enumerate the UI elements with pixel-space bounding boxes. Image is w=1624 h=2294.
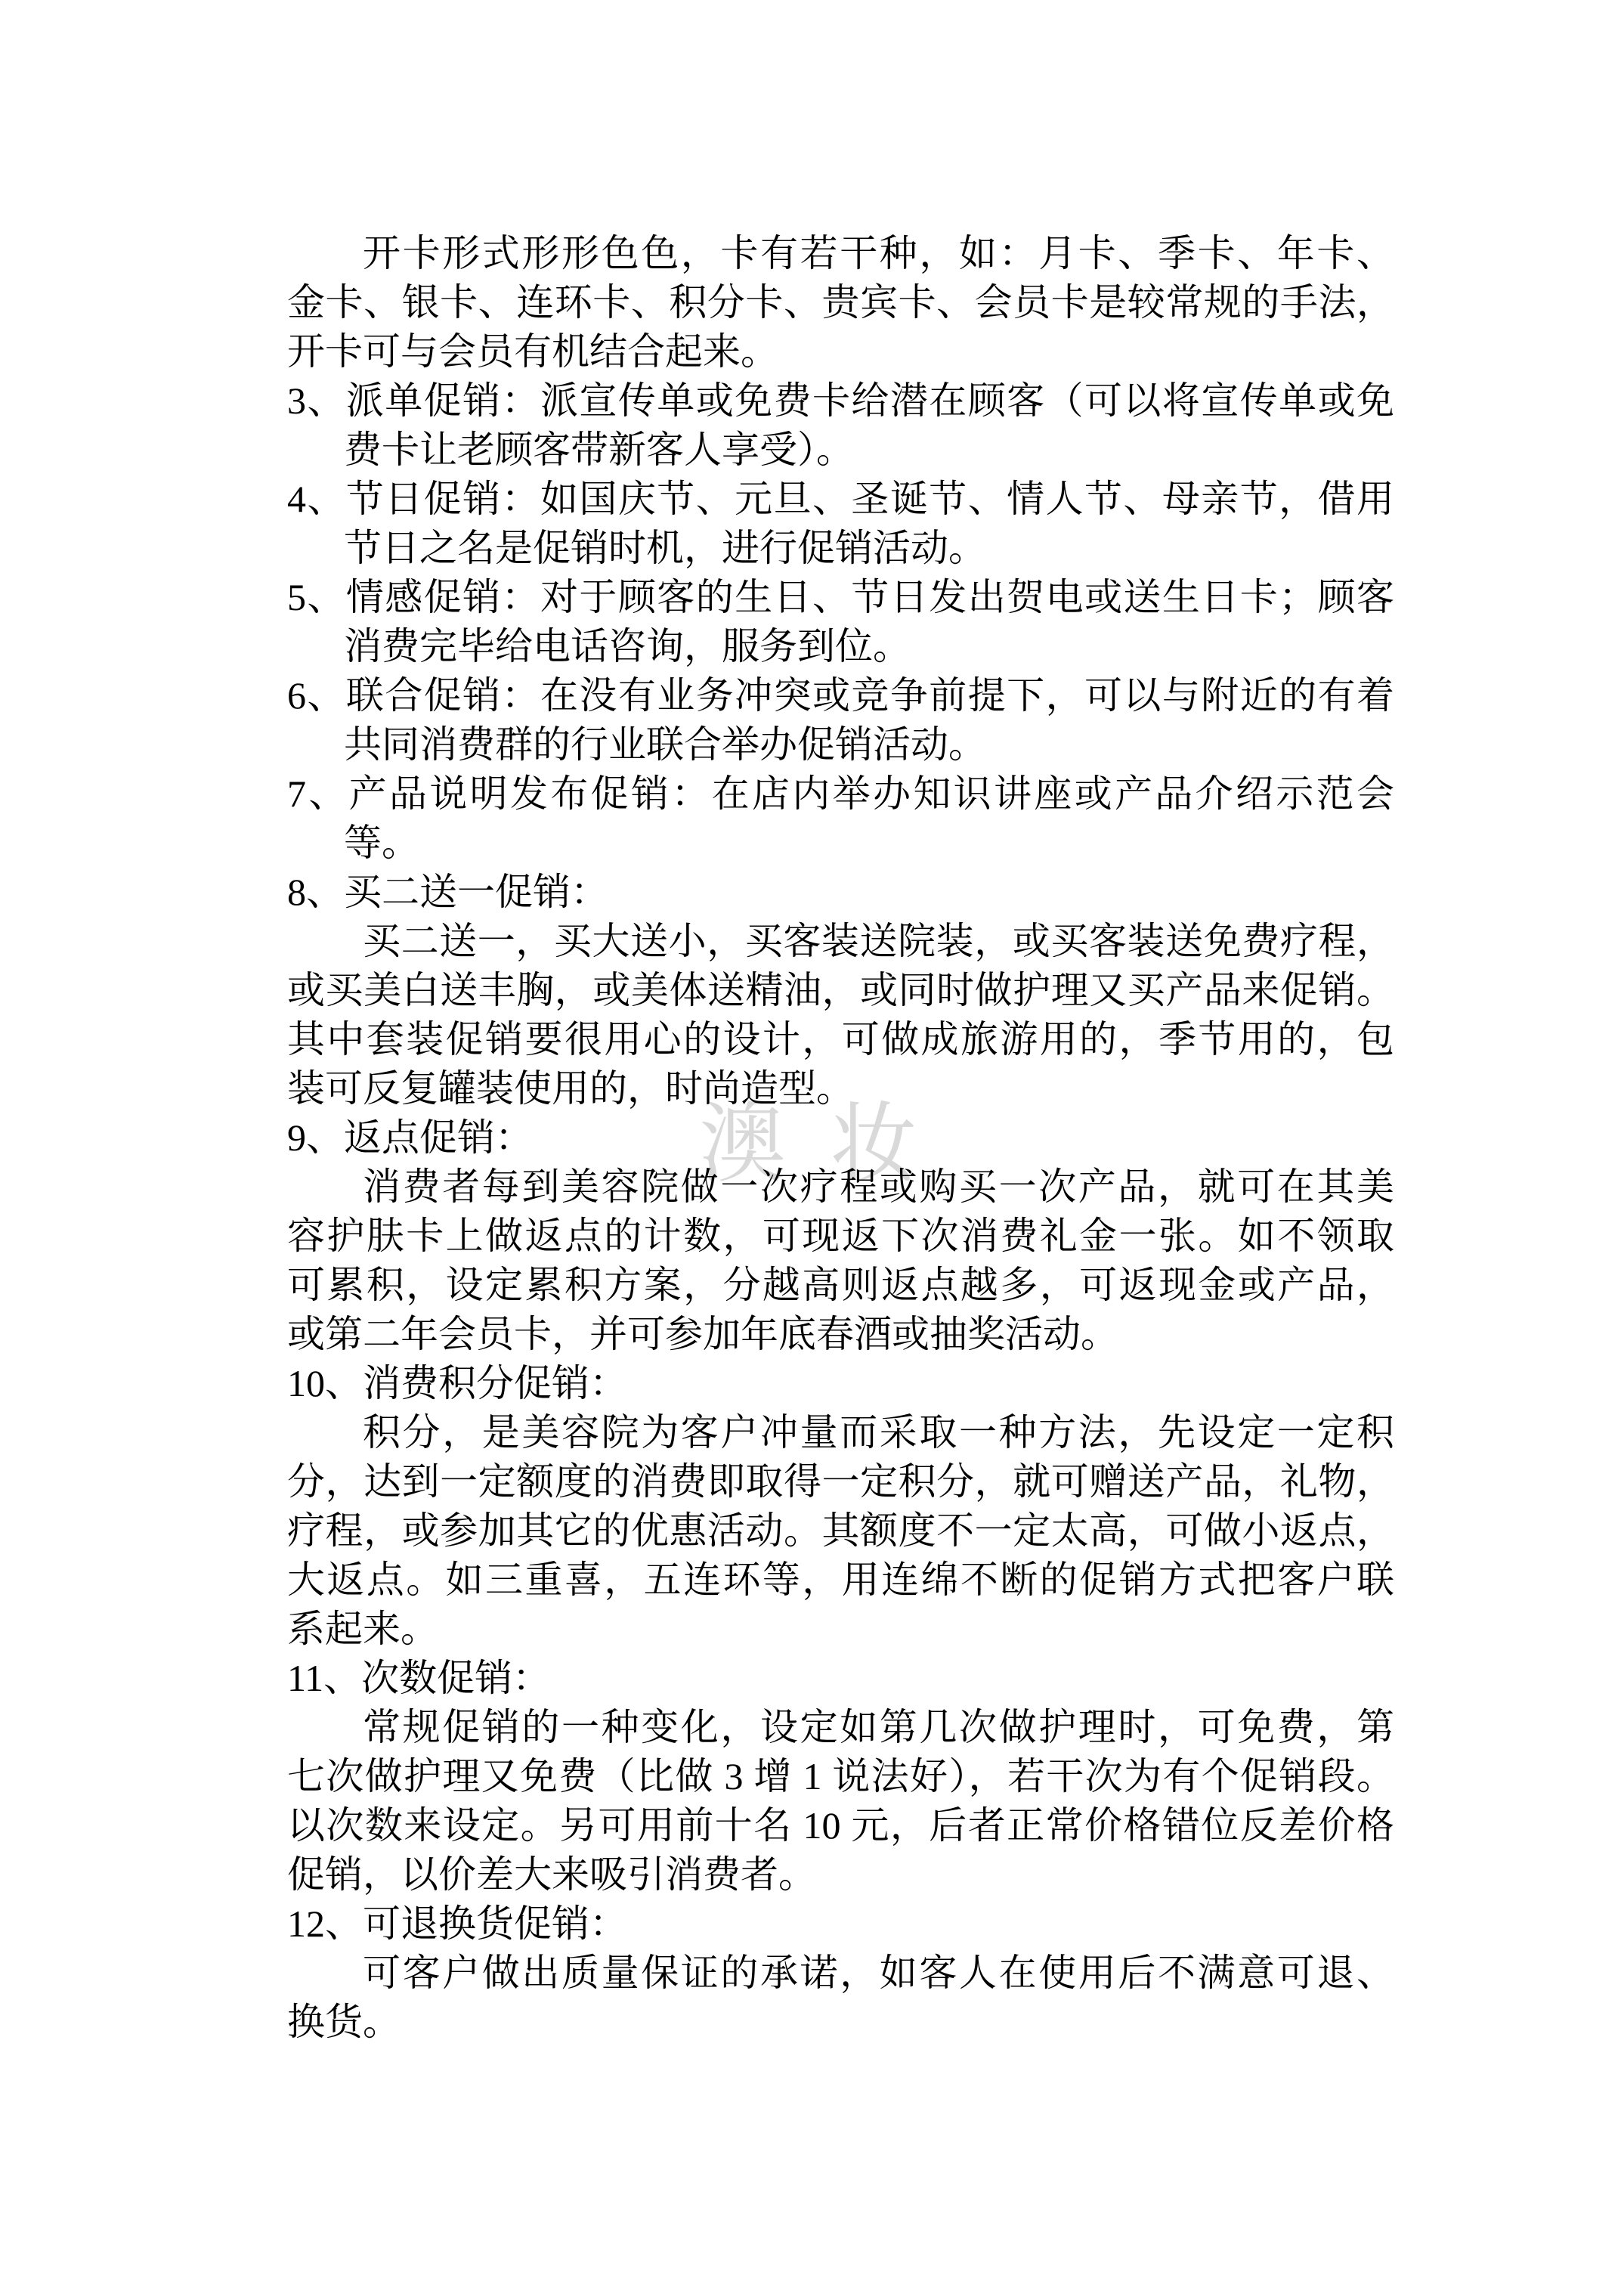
text-line: 9、返点促销： <box>287 1113 1394 1162</box>
text-line: 节日之名是促销时机，进行促销活动。 <box>344 524 1394 573</box>
text-line: 费卡让老顾客带新客人享受）。 <box>344 426 1394 475</box>
text-line: 金卡、银卡、连环卡、积分卡、贵宾卡、会员卡是较常规的手法， <box>287 278 1394 327</box>
text-line: 买二送一，买大送小，买客装送院装，或买客装送免费疗程， <box>363 917 1394 966</box>
text-line: 3、派单促销：派宣传单或免费卡给潜在顾客（可以将宣传单或免 <box>287 376 1394 426</box>
text-line: 或买美白送丰胸，或美体送精油，或同时做护理又买产品来促销。 <box>287 966 1394 1015</box>
text-line: 可客户做出质量保证的承诺，如客人在使用后不满意可退、 <box>363 1949 1394 1998</box>
text-line: 4、节日促销：如国庆节、元旦、圣诞节、情人节、母亲节，借用 <box>287 475 1394 524</box>
text-line: 8、买二送一促销： <box>287 868 1394 917</box>
text-line: 11、次数促销： <box>287 1654 1394 1703</box>
text-line: 七次做护理又免费（比做 3 增 1 说法好），若干次为有个促销段。 <box>287 1752 1394 1801</box>
text-line: 系起来。 <box>287 1605 1394 1654</box>
text-line: 或第二年会员卡，并可参加年底春酒或抽奖活动。 <box>287 1310 1394 1359</box>
text-line: 12、可退换货促销： <box>287 1899 1394 1949</box>
text-line: 可累积，设定累积方案，分越高则返点越多，可返现金或产品， <box>287 1261 1394 1310</box>
text-line: 6、联合促销：在没有业务冲突或竞争前提下，可以与附近的有着 <box>287 671 1394 720</box>
text-line: 消费完毕给电话咨询，服务到位。 <box>344 622 1394 671</box>
text-line: 开卡可与会员有机结合起来。 <box>287 327 1394 376</box>
document-body: 开卡形式形形色色，卡有若干种，如：月卡、季卡、年卡、金卡、银卡、连环卡、积分卡、… <box>287 229 1394 2047</box>
text-line: 等。 <box>344 819 1394 868</box>
text-line: 分，达到一定额度的消费即取得一定积分，就可赠送产品，礼物， <box>287 1457 1394 1506</box>
text-line: 装可反复罐装使用的，时尚造型。 <box>287 1064 1394 1113</box>
text-line: 5、情感促销：对于顾客的生日、节日发出贺电或送生日卡；顾客 <box>287 573 1394 622</box>
text-line: 积分，是美容院为客户冲量而采取一种方法，先设定一定积 <box>363 1408 1394 1457</box>
text-line: 常规促销的一种变化，设定如第几次做护理时，可免费，第 <box>363 1703 1394 1752</box>
text-line: 大返点。如三重喜，五连环等，用连绵不断的促销方式把客户联 <box>287 1556 1394 1605</box>
text-line: 促销，以价差大来吸引消费者。 <box>287 1850 1394 1899</box>
document-page: 澳 妆 开卡形式形形色色，卡有若干种，如：月卡、季卡、年卡、金卡、银卡、连环卡、… <box>0 0 1624 2294</box>
text-line: 10、消费积分促销： <box>287 1359 1394 1408</box>
text-line: 7、产品说明发布促销：在店内举办知识讲座或产品介绍示范会 <box>287 769 1394 819</box>
text-line: 疗程，或参加其它的优惠活动。其额度不一定太高，可做小返点， <box>287 1506 1394 1556</box>
text-line: 容护肤卡上做返点的计数，可现返下次消费礼金一张。如不领取 <box>287 1212 1394 1261</box>
text-line: 开卡形式形形色色，卡有若干种，如：月卡、季卡、年卡、 <box>363 229 1394 278</box>
text-line: 其中套装促销要很用心的设计，可做成旅游用的，季节用的，包 <box>287 1015 1394 1064</box>
text-line: 消费者每到美容院做一次疗程或购买一次产品，就可在其美 <box>363 1162 1394 1212</box>
text-line: 以次数来设定。另可用前十名 10 元，后者正常价格错位反差价格 <box>287 1801 1394 1850</box>
text-line: 共同消费群的行业联合举办促销活动。 <box>344 720 1394 769</box>
text-line: 换货。 <box>287 1998 1394 2047</box>
